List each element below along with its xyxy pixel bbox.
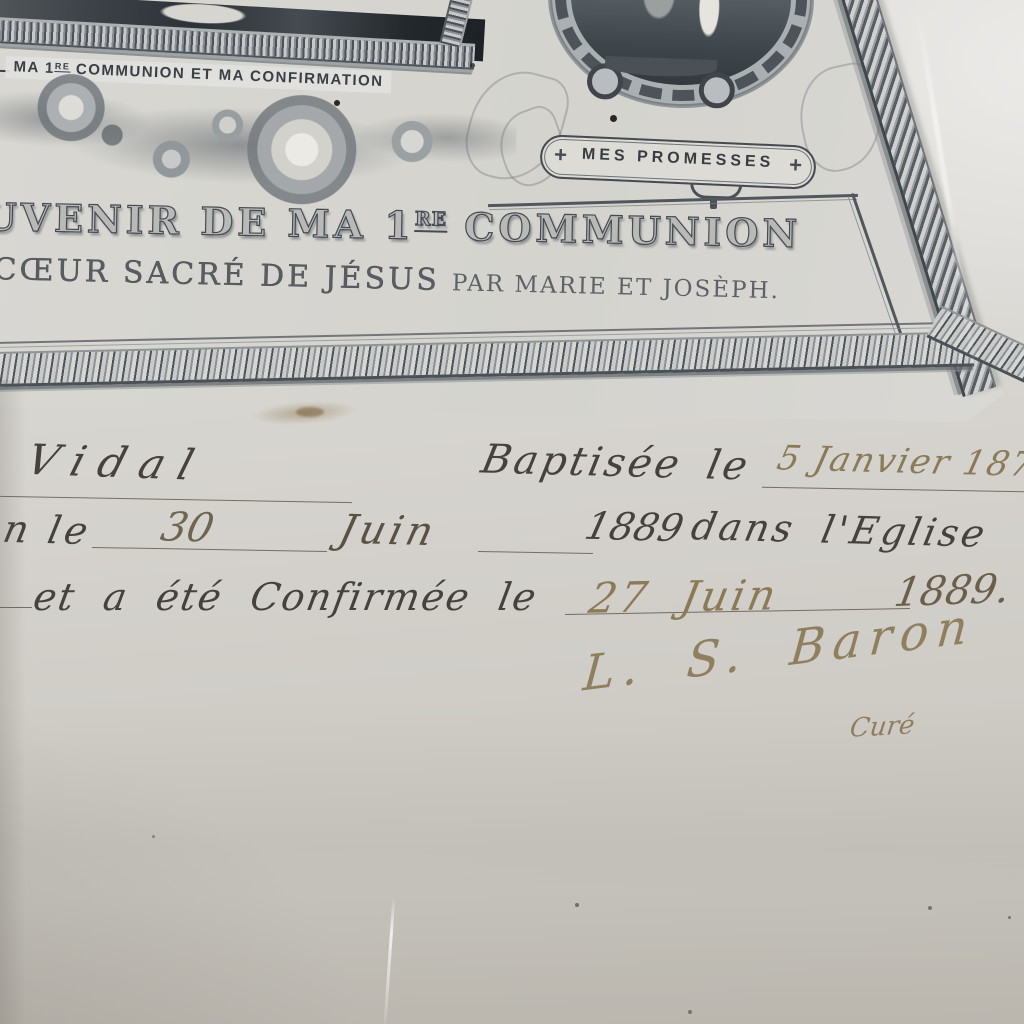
paper-crease [384, 896, 396, 1024]
paper-speck [152, 835, 155, 838]
handwritten-baptism-date: 5 Janvier 1879 [773, 438, 1024, 485]
medallion-frame [546, 0, 815, 111]
handwritten-name: Vidal [21, 435, 213, 490]
handwritten-baptized: Baptisée le [477, 437, 754, 490]
signature-role: Curé [848, 710, 916, 744]
subtitle-secondary: PAR MARIE ET JOSÈPH. [452, 270, 781, 304]
written-rule [0, 607, 32, 608]
title-prefix: UVENIR DE MA 1 [0, 194, 415, 248]
handwritten-place-2: dans l'Eglise [688, 504, 992, 556]
paper-speck [575, 903, 579, 907]
handwritten-lead-2: n le [0, 507, 96, 553]
handwritten-day-2: 30 [157, 504, 219, 551]
medallion-volute-right [698, 72, 735, 109]
written-rule [762, 487, 1024, 493]
paper-speck [1008, 916, 1011, 919]
title-suffix: COMMUNION [447, 204, 802, 256]
title-superscript: RE [415, 208, 448, 233]
paper-speck [688, 1010, 692, 1014]
paper-speck [928, 906, 932, 910]
paper-shading-bottom [0, 700, 1024, 1024]
handwritten-month-2: Juin [335, 507, 442, 555]
written-rule [0, 496, 352, 503]
written-rule [478, 551, 593, 554]
handwritten-confirmation-date: 27 Juin [585, 570, 783, 622]
promises-label: MES PROMESSES [542, 144, 815, 174]
plus-icon: + [789, 152, 803, 179]
handwritten-year-2: 1889 [581, 504, 688, 550]
photo-of-certificate: MA 1RE COMMUNION ET MA CONFIRMATION + ME… [0, 0, 1024, 1024]
handwritten-lead-3: et a été Confirmée le [30, 575, 541, 619]
written-rule [92, 547, 327, 552]
